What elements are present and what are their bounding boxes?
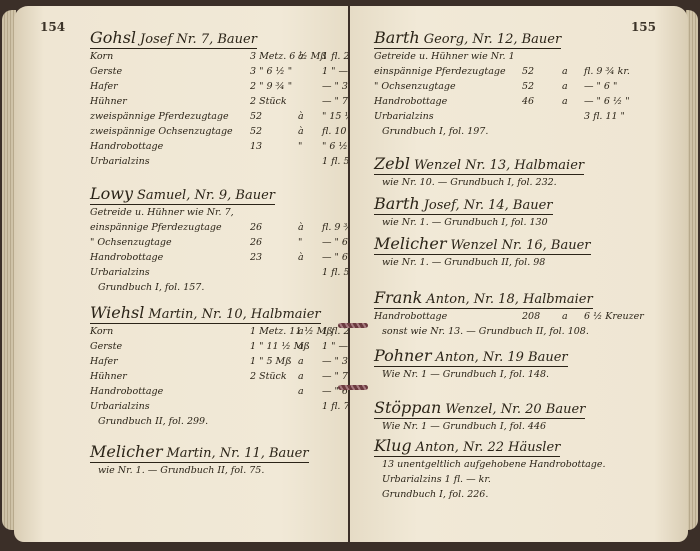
row-rate: a	[562, 79, 568, 94]
entry-surname: Gohsl	[90, 28, 136, 47]
row-item: Hafer	[90, 354, 118, 369]
entry-surname: Lowy	[90, 184, 133, 203]
row-item: Gerste	[90, 339, 122, 354]
entry-note: Urbarialzins 1 fl. — kr.	[374, 472, 606, 487]
ledger-entry: BarthJosef, Nr. 14, Bauerwie Nr. 1. — Gr…	[374, 194, 553, 230]
row-item: " Ochsenzugtage	[90, 235, 172, 250]
entry-surname: Barth	[374, 194, 420, 213]
ledger-row: Urbarialzins1 fl. 52 "	[90, 265, 275, 280]
entry-note: wie Nr. 1. — Grundbuch I, fol. 130	[374, 215, 553, 230]
entry-given-name-and-status: Josef, Nr. 14, Bauer	[424, 198, 553, 213]
row-item: " Ochsenzugtage	[374, 79, 456, 94]
row-rate: à	[298, 49, 304, 64]
ledger-entry: WiehslMartin, Nr. 10, HalbmaierKorn1 Met…	[90, 303, 321, 429]
row-price: 1 " — "	[322, 339, 348, 354]
entry-given-name-and-status: Josef Nr. 7, Bauer	[140, 32, 257, 47]
entry-surname: Wiehsl	[90, 303, 144, 322]
ledger-row: einspännige Pferdezugtage26àfl. 9 ¾ kr.	[90, 220, 275, 235]
row-rate: a	[562, 94, 568, 109]
row-item: Hühner	[90, 94, 127, 109]
row-rate: à	[298, 109, 304, 124]
entry-note: wie Nr. 10. — Grundbuch I, fol. 232.	[374, 175, 584, 190]
ledger-entry: MelicherMartin, Nr. 11, Bauerwie Nr. 1. …	[90, 442, 309, 478]
ledger-entry: FrankAnton, Nr. 18, HalbmaierHandrobotta…	[374, 288, 593, 339]
row-item: Korn	[90, 324, 113, 339]
row-item: Hühner	[90, 369, 127, 384]
page-number-left: 154	[40, 20, 65, 34]
row-item: Urbarialzins	[90, 399, 150, 414]
row-price: 1 fl. 5 kr.	[322, 154, 348, 169]
row-rate: à	[298, 250, 304, 265]
entry-note: Grundbuch I, fol. 157.	[90, 280, 275, 295]
entry-heading: PohnerAnton, Nr. 19 Bauer	[374, 346, 568, 367]
row-rate: a	[298, 324, 304, 339]
ledger-row: Urbarialzins3 fl. 11 "	[374, 109, 561, 124]
right-page: 155 BarthGeorg, Nr. 12, BauerGetreide u.…	[350, 6, 688, 542]
row-quantity: 2 " 9 ¾ "	[250, 79, 292, 94]
open-ledger-book: 154 GohslJosef Nr. 7, BauerKorn3 Metz. 6…	[0, 0, 700, 551]
row-item: Korn	[90, 49, 113, 64]
entry-note: Wie Nr. 1 — Grundbuch I, fol. 446	[374, 419, 585, 434]
ledger-entry: MelicherWenzel Nr. 16, Bauerwie Nr. 1. —…	[374, 234, 591, 270]
ledger-row: Handrobottage23à— " 6 ½ "	[90, 250, 275, 265]
page-number-right: 155	[631, 20, 656, 34]
entry-note: Wie Nr. 1 — Grundbuch I, fol. 148.	[374, 367, 568, 382]
binding-thread-upper	[338, 323, 368, 328]
entry-surname: Stöppan	[374, 398, 441, 417]
ledger-entry: StöppanWenzel, Nr. 20 BauerWie Nr. 1 — G…	[374, 398, 585, 434]
row-item: Urbarialzins	[90, 154, 150, 169]
entry-given-name-and-status: Georg, Nr. 12, Bauer	[424, 32, 562, 47]
ledger-entry: GohslJosef Nr. 7, BauerKorn3 Metz. 6 ½ M…	[90, 28, 257, 169]
ledger-entry: ZeblWenzel Nr. 13, Halbmaierwie Nr. 10. …	[374, 154, 584, 190]
ledger-entry: BarthGeorg, Nr. 12, BauerGetreide u. Hüh…	[374, 28, 561, 139]
entry-heading: MelicherMartin, Nr. 11, Bauer	[90, 442, 309, 463]
ledger-row: Getreide u. Hühner wie Nr. 1	[374, 49, 561, 64]
row-quantity: 52	[250, 109, 262, 124]
ledger-row: zweispännige Pferdezugtage52à" 15 ½	[90, 109, 257, 124]
row-item: Getreide u. Hühner wie Nr. 1	[374, 49, 515, 64]
entry-heading: GohslJosef Nr. 7, Bauer	[90, 28, 257, 49]
ledger-row: Hühner2 Stücka— " 7 "	[90, 369, 321, 384]
entry-note: Grundbuch I, fol. 226.	[374, 487, 606, 502]
entry-note: Grundbuch I, fol. 197.	[374, 124, 561, 139]
ledger-row: Handrobottage13"" 6 ½ "	[90, 139, 257, 154]
binding-thread-lower	[338, 385, 368, 390]
entry-surname: Barth	[374, 28, 420, 47]
row-quantity: 46	[522, 94, 534, 109]
entry-given-name-and-status: Anton, Nr. 22 Häusler	[416, 440, 561, 455]
ledger-entry: PohnerAnton, Nr. 19 BauerWie Nr. 1 — Gru…	[374, 346, 568, 382]
ledger-row: Korn3 Metz. 6 ½ Mßà1 fl. 20 kr.	[90, 49, 257, 64]
entry-note: wie Nr. 1. — Grundbuch II, fol. 75.	[90, 463, 309, 478]
entry-surname: Melicher	[90, 442, 162, 461]
row-price: fl. 9 ¾ kr.	[322, 220, 348, 235]
row-price: — " 7 "	[322, 369, 348, 384]
row-rate: à	[298, 220, 304, 235]
row-quantity: 52	[250, 124, 262, 139]
row-item: einspännige Pferdezugtage	[90, 220, 222, 235]
row-rate: "	[298, 235, 302, 250]
entry-note: 13 unentgeltlich aufgehobene Handrobotta…	[374, 457, 606, 472]
entry-heading: KlugAnton, Nr. 22 Häusler	[374, 436, 560, 457]
row-quantity: 26	[250, 235, 262, 250]
row-item: zweispännige Pferdezugtage	[90, 109, 229, 124]
row-item: einspännige Pferdezugtage	[374, 64, 506, 79]
row-item: zweispännige Ochsenzugtage	[90, 124, 233, 139]
entry-heading: StöppanWenzel, Nr. 20 Bauer	[374, 398, 585, 419]
entry-heading: ZeblWenzel Nr. 13, Halbmaier	[374, 154, 584, 175]
row-item: Handrobottage	[374, 94, 447, 109]
row-price: — " 7 "	[322, 94, 348, 109]
row-item: Gerste	[90, 64, 122, 79]
ledger-entry: LowySamuel, Nr. 9, BauerGetreide u. Hühn…	[90, 184, 275, 295]
row-item: Urbarialzins	[90, 265, 150, 280]
ledger-entry: KlugAnton, Nr. 22 Häusler13 unentgeltlic…	[374, 436, 606, 502]
row-quantity: 2 Stück	[250, 369, 287, 384]
row-quantity: 26	[250, 220, 262, 235]
row-item: Handrobottage	[90, 250, 163, 265]
row-rate: "	[298, 139, 302, 154]
ledger-row: einspännige Pferdezugtage52afl. 9 ¾ kr.	[374, 64, 561, 79]
row-rate: a	[298, 369, 304, 384]
row-price: — " 36 "	[322, 354, 348, 369]
entry-surname: Melicher	[374, 234, 446, 253]
ledger-row: Hafer1 " 5 Mßa— " 36 "	[90, 354, 321, 369]
row-price: 1 " — "	[322, 64, 348, 79]
row-price: — " 6 "	[322, 235, 348, 250]
entry-note: wie Nr. 1. — Grundbuch II, fol. 98	[374, 255, 591, 270]
row-quantity: 52	[522, 64, 534, 79]
entry-heading: BarthGeorg, Nr. 12, Bauer	[374, 28, 561, 49]
row-rate: a	[562, 64, 568, 79]
ledger-row: zweispännige Ochsenzugtage52àfl. 10 kr.	[90, 124, 257, 139]
row-price: fl. 10 kr.	[322, 124, 348, 139]
row-quantity: 3 " 6 ½ "	[250, 64, 292, 79]
entry-given-name-and-status: Martin, Nr. 11, Bauer	[166, 446, 308, 461]
entry-surname: Pohner	[374, 346, 431, 365]
ledger-row: Getreide u. Hühner wie Nr. 7,	[90, 205, 275, 220]
row-item: Getreide u. Hühner wie Nr. 7,	[90, 205, 234, 220]
row-price: 1 fl. 52 "	[322, 265, 348, 280]
ledger-row: Handrobottagea— " 6 ½ "	[90, 384, 321, 399]
row-price: fl. 9 ¾ kr.	[584, 64, 630, 79]
row-price: — " 6 ½ "	[584, 94, 630, 109]
ledger-row: Hafer2 " 9 ¾ "— " 36 "	[90, 79, 257, 94]
ledger-row: Gerste3 " 6 ½ "1 " — "	[90, 64, 257, 79]
entry-heading: LowySamuel, Nr. 9, Bauer	[90, 184, 275, 205]
ledger-row: " Ochsenzugtage26"— " 6 "	[90, 235, 275, 250]
row-quantity: 1 " 5 Mß	[250, 354, 292, 369]
row-quantity: 1 Metz. 11 ½ Mß	[250, 324, 333, 339]
row-rate: a	[562, 309, 568, 324]
left-page: 154 GohslJosef Nr. 7, BauerKorn3 Metz. 6…	[14, 6, 348, 542]
row-price: 3 fl. 11 "	[584, 109, 625, 124]
entry-given-name-and-status: Anton, Nr. 19 Bauer	[435, 350, 567, 365]
ledger-row: Hühner2 Stück— " 7 "	[90, 94, 257, 109]
row-item: Handrobottage	[90, 139, 163, 154]
entry-surname: Frank	[374, 288, 422, 307]
row-quantity: 208	[522, 309, 540, 324]
entry-given-name-and-status: Wenzel Nr. 16, Bauer	[450, 238, 590, 253]
row-price: — " 36 "	[322, 79, 348, 94]
ledger-row: Urbarialzins1 fl. 72 kr.	[90, 399, 321, 414]
entry-surname: Zebl	[374, 154, 410, 173]
entry-note: Grundbuch II, fol. 299.	[90, 414, 321, 429]
entry-given-name-and-status: Martin, Nr. 10, Halbmaier	[148, 307, 320, 322]
row-rate: a	[298, 354, 304, 369]
row-quantity: 52	[522, 79, 534, 94]
row-price: 6 ½ Kreuzer	[584, 309, 644, 324]
ledger-row: " Ochsenzugtage52a— " 6 "	[374, 79, 561, 94]
entry-heading: WiehslMartin, Nr. 10, Halbmaier	[90, 303, 321, 324]
entry-given-name-and-status: Samuel, Nr. 9, Bauer	[137, 188, 275, 203]
row-rate: à	[298, 124, 304, 139]
entry-given-name-and-status: Anton, Nr. 18, Halbmaier	[426, 292, 592, 307]
entry-heading: FrankAnton, Nr. 18, Halbmaier	[374, 288, 593, 309]
row-item: Handrobottage	[374, 309, 447, 324]
entry-heading: BarthJosef, Nr. 14, Bauer	[374, 194, 553, 215]
row-price: " 15 ½	[322, 109, 348, 124]
row-price: 1 fl. 72 kr.	[322, 399, 348, 414]
row-quantity: 2 Stück	[250, 94, 287, 109]
row-price: 1 fl. 20 kr.	[322, 49, 348, 64]
ledger-row: Handrobottage46a— " 6 ½ "	[374, 94, 561, 109]
row-quantity: 23	[250, 250, 262, 265]
row-rate: a	[298, 339, 304, 354]
entry-surname: Klug	[374, 436, 412, 455]
row-item: Urbarialzins	[374, 109, 434, 124]
entry-heading: MelicherWenzel Nr. 16, Bauer	[374, 234, 591, 255]
row-quantity: 13	[250, 139, 262, 154]
ledger-row: Handrobottage208a6 ½ Kreuzer	[374, 309, 593, 324]
row-item: Handrobottage	[90, 384, 163, 399]
entry-given-name-and-status: Wenzel, Nr. 20 Bauer	[445, 402, 585, 417]
row-item: Hafer	[90, 79, 118, 94]
ledger-row: Korn1 Metz. 11 ½ Mßa1 fl. 20 kr.	[90, 324, 321, 339]
entry-note: sonst wie Nr. 13. — Grundbuch II, fol. 1…	[374, 324, 593, 339]
row-rate: a	[298, 384, 304, 399]
ledger-row: Urbarialzins1 fl. 5 kr.	[90, 154, 257, 169]
row-price: — " 6 ½ "	[322, 250, 348, 265]
entry-given-name-and-status: Wenzel Nr. 13, Halbmaier	[414, 158, 584, 173]
row-price: — " 6 "	[584, 79, 617, 94]
row-price: " 6 ½ "	[322, 139, 348, 154]
row-quantity: 3 Metz. 6 ½ Mß	[250, 49, 327, 64]
ledger-row: Gerste1 " 11 ½ Mßa1 " — "	[90, 339, 321, 354]
